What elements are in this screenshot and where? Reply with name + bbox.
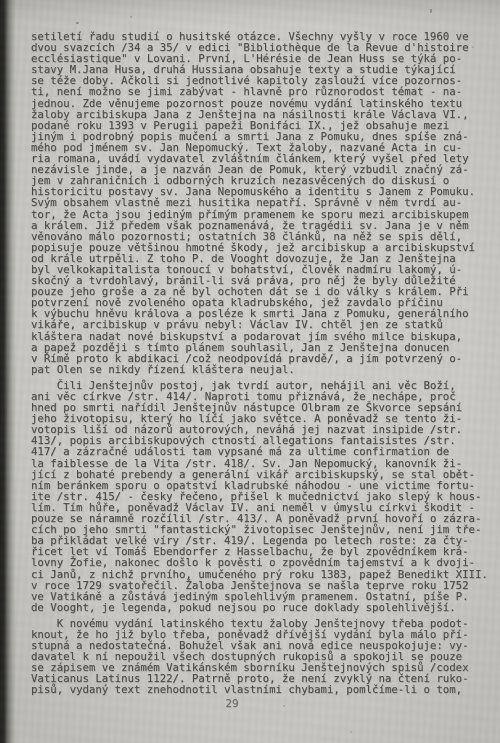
paragraph-3: K novému vydání latinského textu žaloby … [31,618,493,696]
paragraph-1: setiletí řadu studií o husitské otázce. … [31,31,493,375]
scan-speck [350,731,352,733]
scan-speck [130,16,132,18]
scan-speck [283,705,285,707]
scan-speck [430,9,432,13]
scanned-page: setiletí řadu studií o husitské otázce. … [0,0,500,743]
binding-shadow [0,0,16,743]
scan-speck [76,22,79,24]
document-text: setiletí řadu studií o husitské otázce. … [31,31,493,696]
paragraph-2: Čili Jenštejnův postoj, jak tvrdí autor,… [31,380,493,613]
page-number: 29 [0,698,464,710]
scan-speck [472,46,474,48]
